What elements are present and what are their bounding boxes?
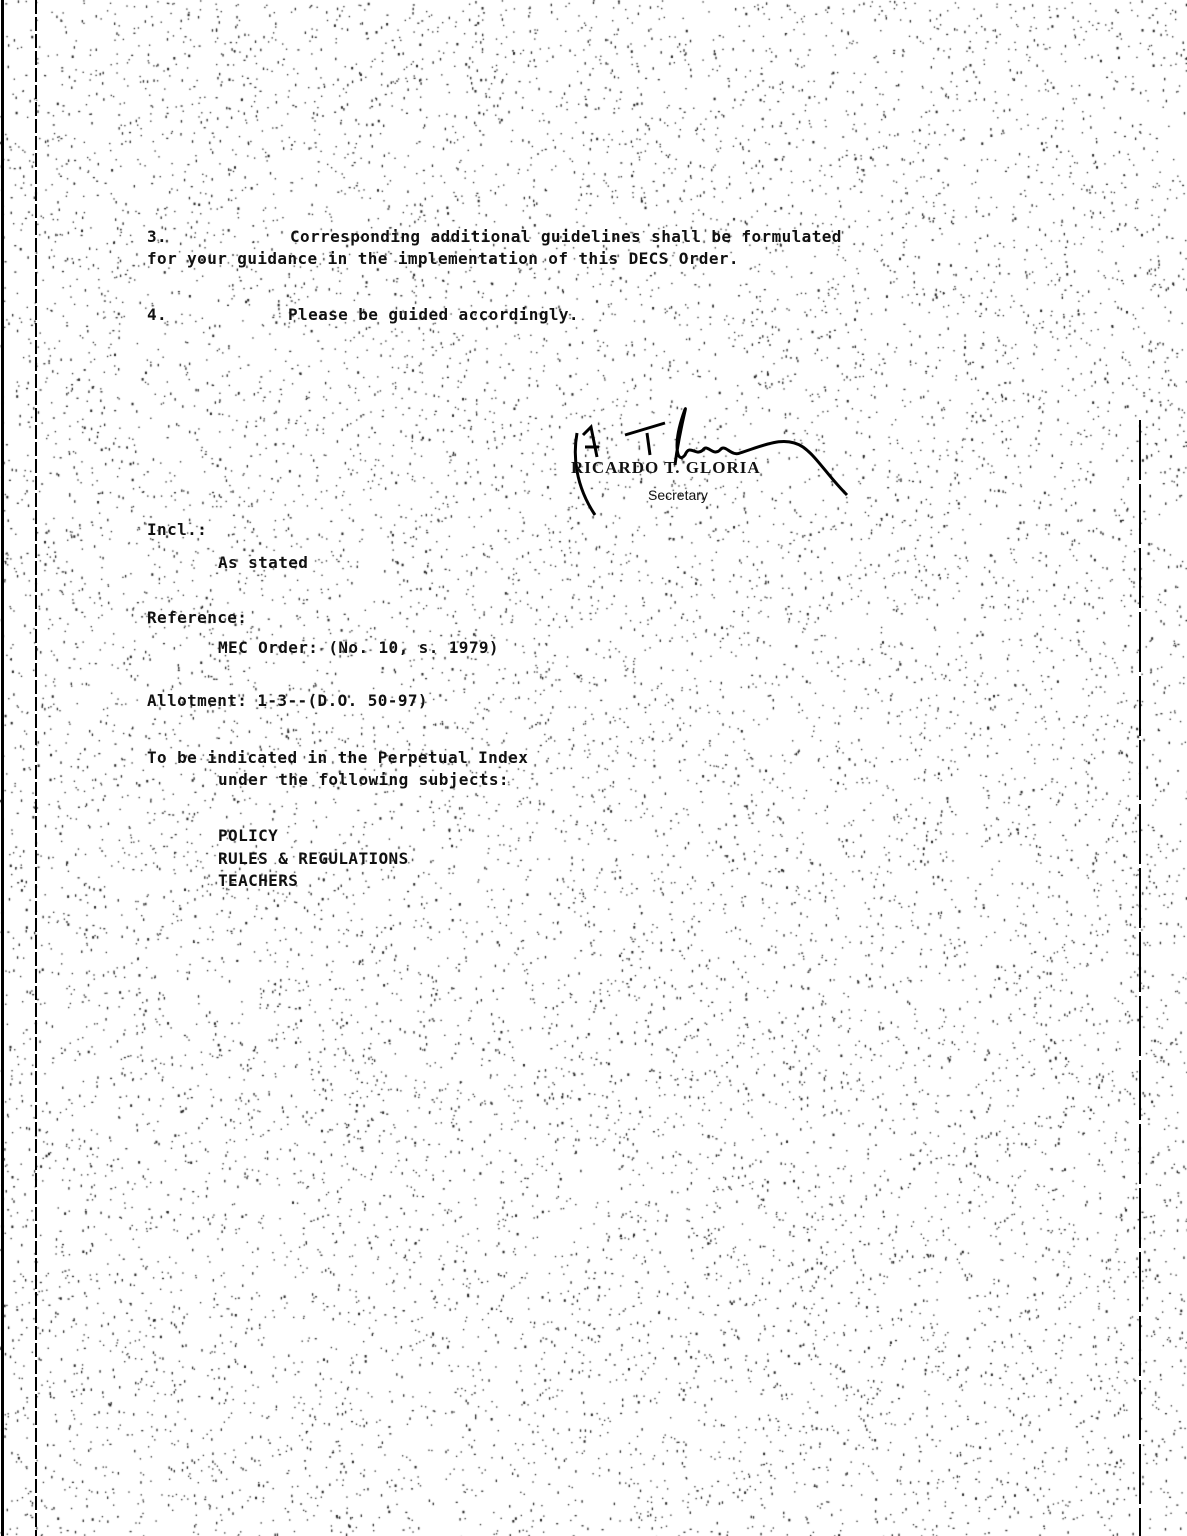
paragraph-3-line1: Corresponding additional guidelines shal… (290, 227, 842, 246)
subject-item: RULES & REGULATIONS (218, 849, 409, 868)
paragraph-4-number: 4. (147, 305, 167, 324)
scan-edge-left (1, 0, 4, 1536)
signatory-title: Secretary (648, 487, 708, 503)
inclosure-value: As stated (218, 553, 308, 572)
subject-item: TEACHERS (218, 871, 298, 890)
inclosure-label: Incl.: (147, 520, 207, 539)
paragraph-3-number: 3. (147, 227, 167, 246)
allotment: Allotment: 1-3--(D.O. 50-97) (147, 691, 428, 710)
reference-value: MEC Order: (No. 10, s. 1979) (218, 638, 499, 657)
scan-margin-line (35, 0, 37, 1536)
paragraph-4-line1: Please be guided accordingly. (288, 305, 579, 324)
subject-item: POLICY (218, 826, 278, 845)
signatory-name: RICARDO T. GLORIA (571, 458, 761, 478)
index-note-line1: To be indicated in the Perpetual Index (147, 748, 528, 767)
index-note-line2: under the following subjects: (218, 770, 509, 789)
scan-edge-right (1139, 420, 1141, 1536)
reference-label: Reference: (147, 608, 247, 627)
paragraph-3-line2: for your guidance in the implementation … (147, 249, 739, 268)
